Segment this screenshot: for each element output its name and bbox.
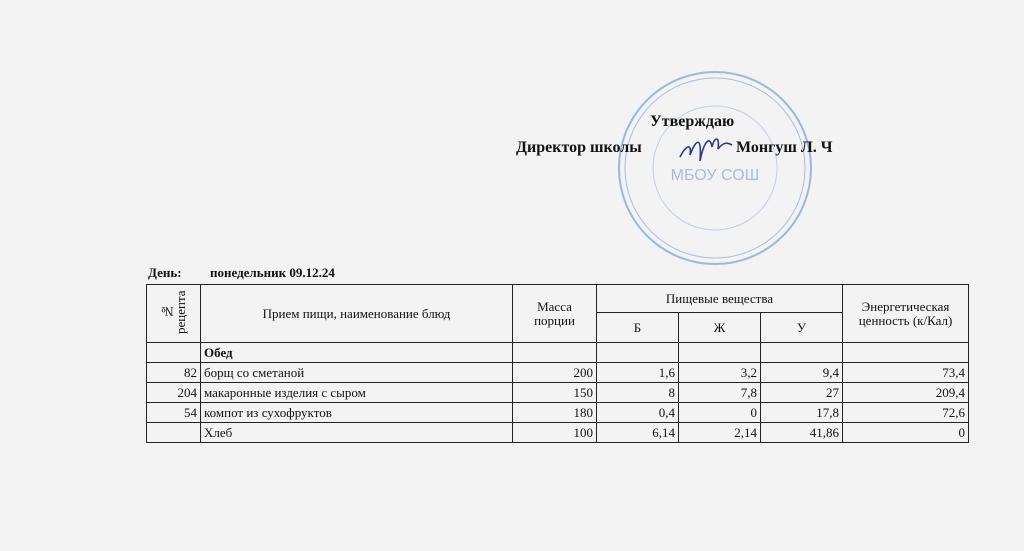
table-row: 82борщ со сметаной2001,63,29,473,4 — [147, 363, 969, 383]
header-meal-name: Прием пищи, наименование блюд — [201, 285, 513, 343]
table-row: Хлеб1006,142,1441,860 — [147, 423, 969, 443]
cell-dish-name: борщ со сметаной — [201, 363, 513, 383]
approval-title: Утверждаю — [650, 113, 734, 131]
cell-dish-name: Хлеб — [201, 423, 513, 443]
table-row: 204макаронные изделия с сыром15087,82720… — [147, 383, 969, 403]
cell-carbs: 41,86 — [761, 423, 843, 443]
cell-energy: 72,6 — [843, 403, 969, 423]
header-carbs: У — [761, 313, 843, 343]
cell-recipe-no: 54 — [147, 403, 201, 423]
cell-recipe-no: 204 — [147, 383, 201, 403]
section-row: Обед — [147, 343, 969, 363]
header-nutrients: Пищевые вещества — [597, 285, 843, 313]
svg-text:МБОУ СОШ: МБОУ СОШ — [671, 167, 760, 184]
cell-fat: 0 — [679, 403, 761, 423]
table-row: 54компот из сухофруктов1800,4017,872,6 — [147, 403, 969, 423]
director-line: Директор школы Монгуш Л. Ч — [516, 139, 856, 161]
cell-energy: 0 — [843, 423, 969, 443]
cell-carbs: 17,8 — [761, 403, 843, 423]
cell-fat: 7,8 — [679, 383, 761, 403]
cell-dish-name: макаронные изделия с сыром — [201, 383, 513, 403]
header-energy: Энергетическая ценность (к/Кал) — [843, 285, 969, 343]
cell-portion-mass: 150 — [513, 383, 597, 403]
signature-icon — [676, 131, 736, 165]
cell-protein: 6,14 — [597, 423, 679, 443]
header-portion-mass: Масса порции — [513, 285, 597, 343]
section-title: Обед — [201, 343, 513, 363]
cell-carbs: 27 — [761, 383, 843, 403]
cell-portion-mass: 180 — [513, 403, 597, 423]
cell-portion-mass: 100 — [513, 423, 597, 443]
cell-energy: 209,4 — [843, 383, 969, 403]
day-label: День: — [148, 265, 182, 281]
header-recipe-no: № рецепта — [147, 285, 201, 343]
header-protein: Б — [597, 313, 679, 343]
cell-protein: 8 — [597, 383, 679, 403]
cell-portion-mass: 200 — [513, 363, 597, 383]
cell-carbs: 9,4 — [761, 363, 843, 383]
cell-fat: 3,2 — [679, 363, 761, 383]
director-name: Монгуш Л. Ч — [736, 139, 833, 157]
menu-table: № рецепта Прием пищи, наименование блюд … — [146, 284, 969, 443]
cell-dish-name: компот из сухофруктов — [201, 403, 513, 423]
cell-recipe-no — [147, 423, 201, 443]
day-value: понедельник 09.12.24 — [210, 265, 335, 281]
cell-protein: 1,6 — [597, 363, 679, 383]
director-position: Директор школы — [516, 139, 642, 157]
cell-recipe-no: 82 — [147, 363, 201, 383]
official-stamp: МБОУ СОШ — [615, 68, 815, 268]
header-fat: Ж — [679, 313, 761, 343]
cell-protein: 0,4 — [597, 403, 679, 423]
cell-fat: 2,14 — [679, 423, 761, 443]
cell-energy: 73,4 — [843, 363, 969, 383]
